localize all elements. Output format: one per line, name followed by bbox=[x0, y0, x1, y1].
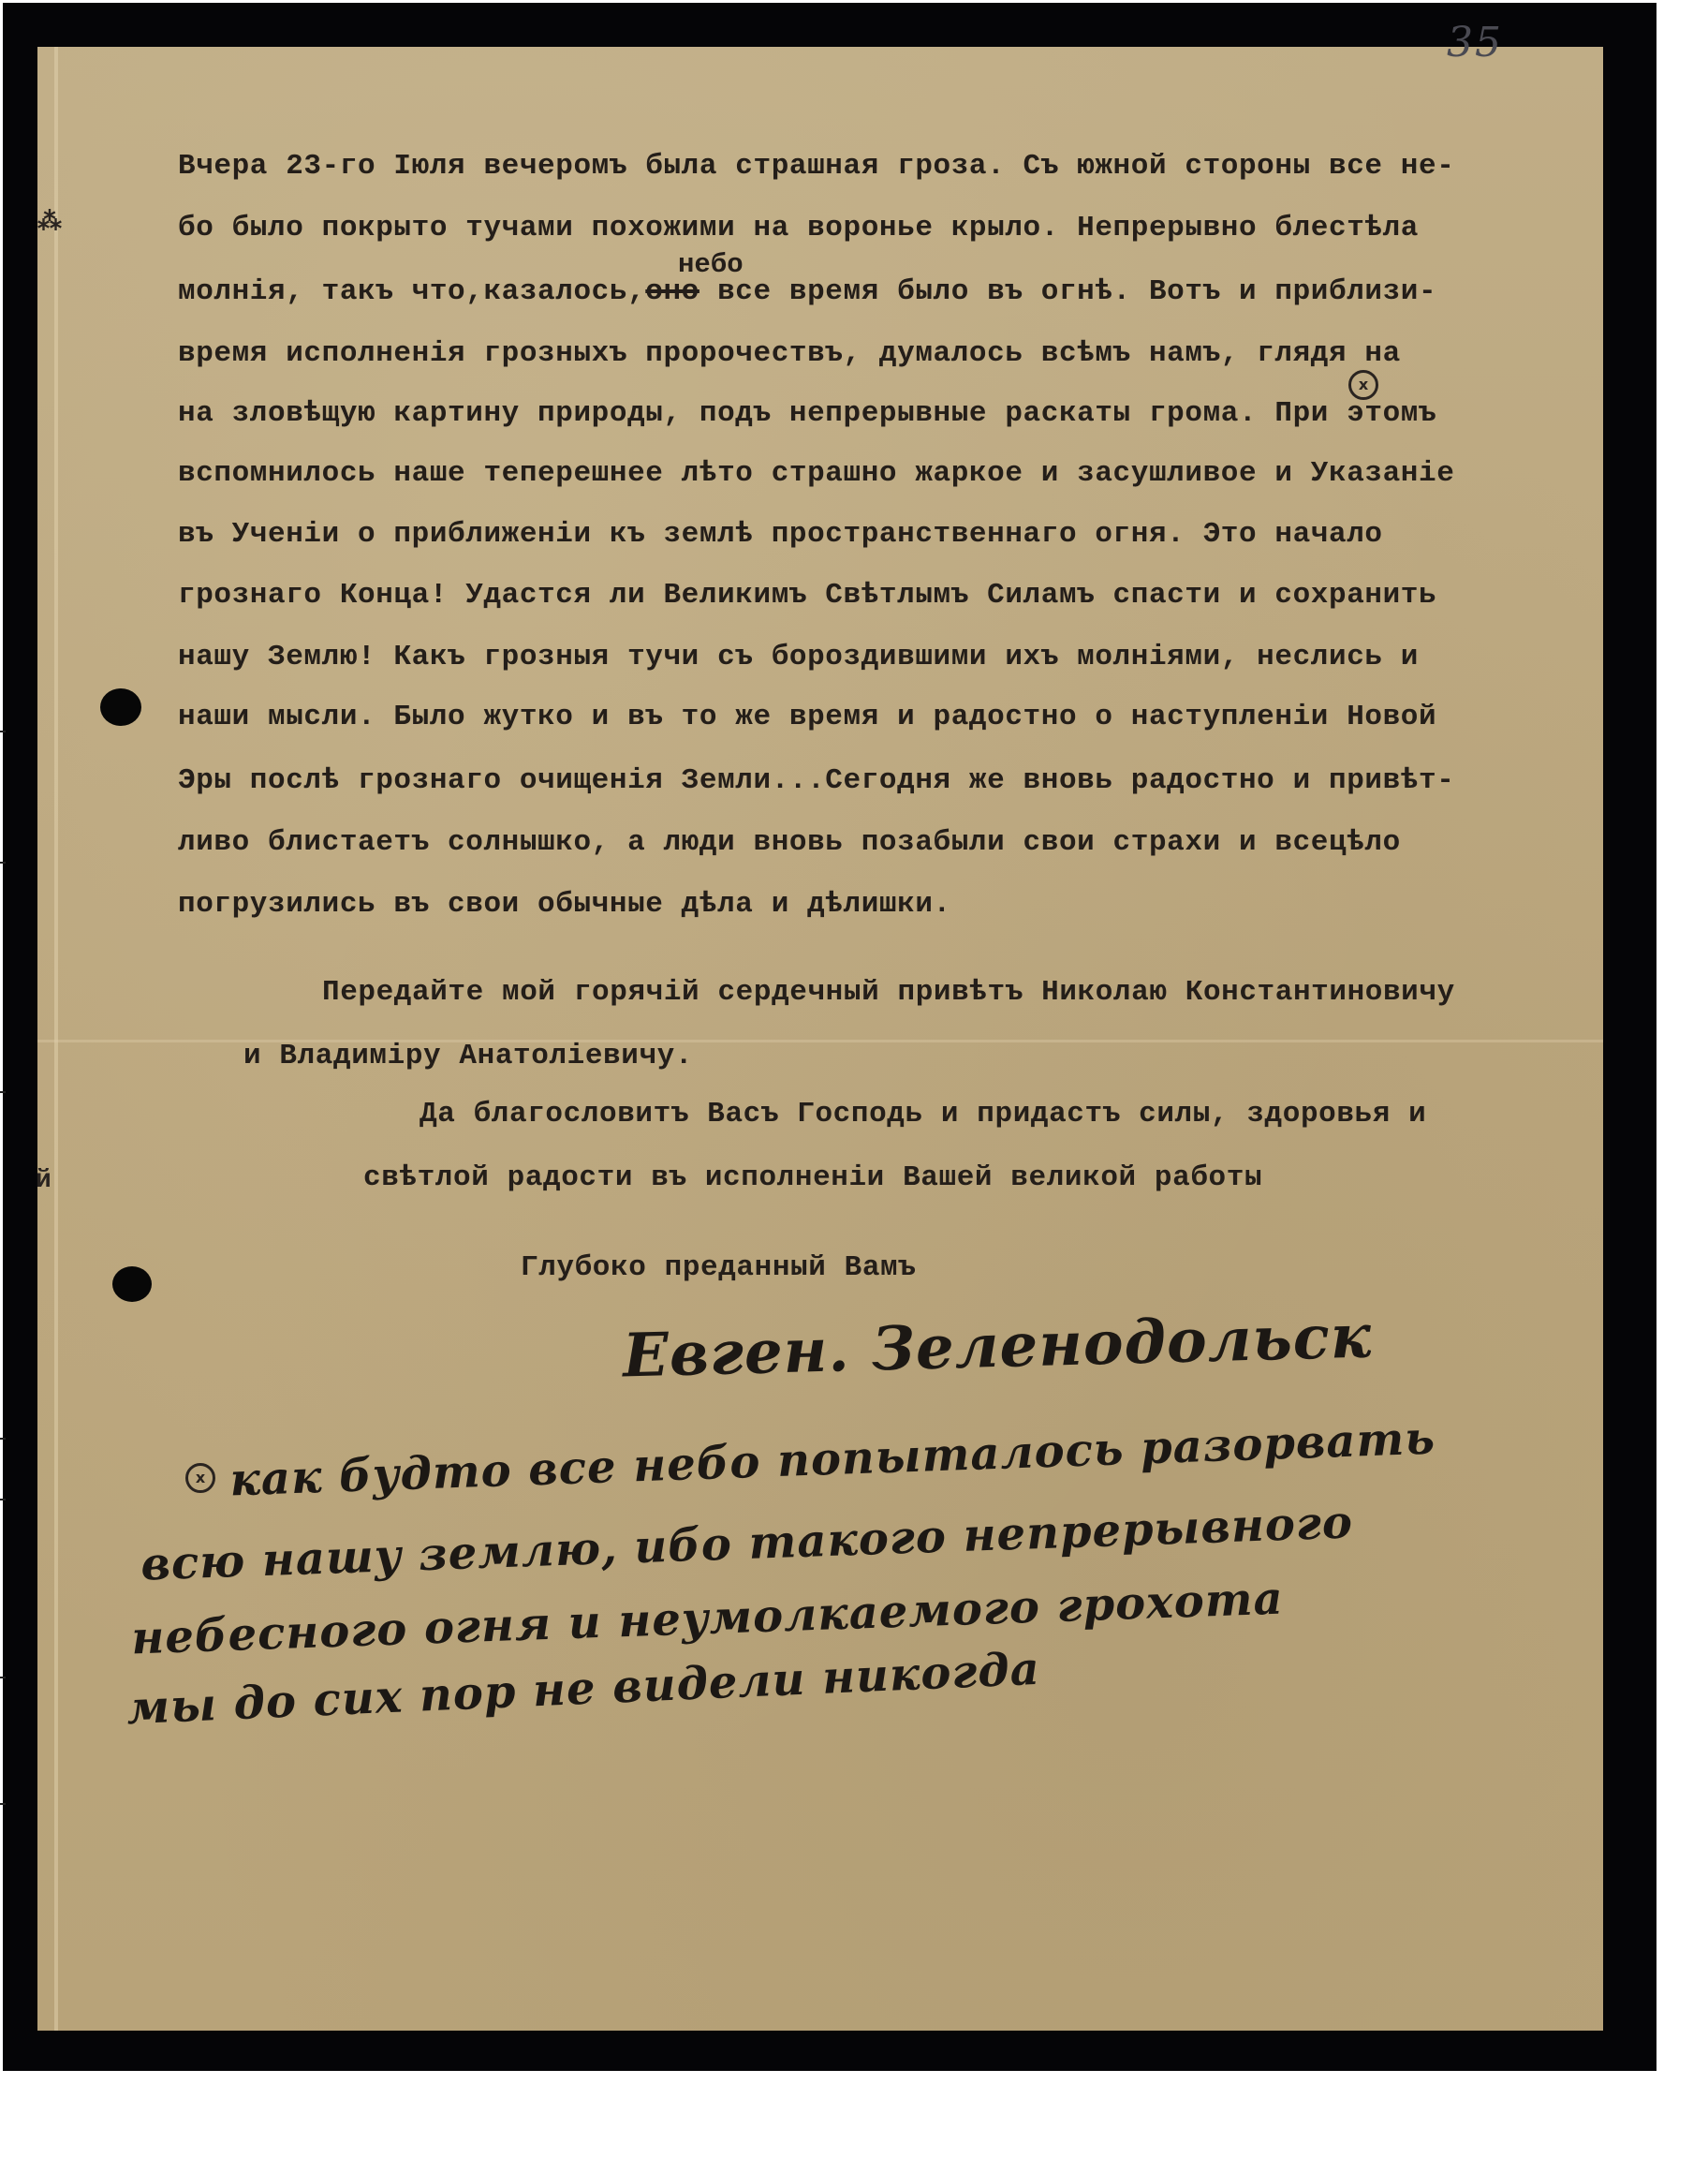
margin-tick bbox=[0, 1677, 6, 1678]
margin-tick bbox=[0, 1803, 6, 1805]
margin-tick bbox=[0, 731, 6, 732]
body-line-7: въ Ученіи о приближеніи къ землѣ простра… bbox=[178, 518, 1383, 551]
body-line-9: нашу Землю! Какъ грозныя тучи съ борозди… bbox=[178, 641, 1419, 673]
archive-page-number: 35 bbox=[1447, 19, 1503, 67]
body-line-5-start: на зловѣщую картину природы, подъ непрер… bbox=[178, 397, 1257, 430]
closing-line-3: Да благословитъ Васъ Господь и придастъ … bbox=[420, 1098, 1426, 1131]
closing-line-2: и Владиміру Анатоліевичу. bbox=[243, 1040, 693, 1072]
body-line-11: Эры послѣ грознаго очищенія Земли...Сего… bbox=[178, 764, 1454, 797]
insertion-mark-icon: x bbox=[1348, 370, 1378, 400]
postscript-mark-icon: x bbox=[185, 1463, 215, 1493]
margin-tick bbox=[0, 1438, 6, 1440]
body-line-3-start: молнія, такъ что,казалось, bbox=[178, 275, 645, 308]
body-line-12: ливо блистаетъ солнышко, а люди вновь по… bbox=[178, 826, 1401, 859]
paper-fold bbox=[54, 47, 58, 2031]
body-line-1: Вчера 23-го Iюля вечеромъ была страшная … bbox=[178, 150, 1454, 183]
body-line-6: вспомнилось наше теперешнее лѣто страшно… bbox=[178, 457, 1454, 490]
struck-word: оно bbox=[645, 275, 699, 308]
body-line-3: молнія, такъ что,казалось,оно все время … bbox=[178, 275, 1436, 308]
body-line-5-end: При этомъ bbox=[1257, 397, 1436, 430]
body-line-8: грознаго Конца! Удастся ли Великимъ Свѣт… bbox=[178, 579, 1436, 612]
valediction: Глубоко преданный Вамъ bbox=[521, 1251, 916, 1284]
punch-hole-bottom bbox=[112, 1266, 152, 1302]
body-line-13: погрузились въ свои обычные дѣла и дѣлиш… bbox=[178, 888, 951, 921]
body-line-4: время исполненія грозныхъ пророчествъ, д… bbox=[178, 337, 1401, 370]
body-line-3-end: все время было въ огнѣ. Вотъ и приблизи- bbox=[699, 275, 1436, 308]
closing-line-4: свѣтлой радости въ исполненіи Вашей вели… bbox=[363, 1161, 1262, 1194]
margin-tick bbox=[0, 1091, 6, 1093]
body-line-2: бо было покрыто тучами похожими на ворон… bbox=[178, 212, 1419, 244]
closing-line-1: Передайте мой горячій сердечный привѣтъ … bbox=[322, 976, 1455, 1009]
margin-tick bbox=[0, 862, 6, 864]
punch-hole-top bbox=[100, 688, 141, 726]
body-line-10: наши мысли. Было жутко и въ то же время … bbox=[178, 701, 1436, 733]
margin-letter: й bbox=[36, 1166, 52, 1195]
margin-tick bbox=[0, 1499, 6, 1500]
margin-smudge: ⁂ bbox=[37, 208, 62, 237]
body-line-5: на зловѣщую картину природы, подъ непрер… bbox=[178, 397, 1436, 430]
